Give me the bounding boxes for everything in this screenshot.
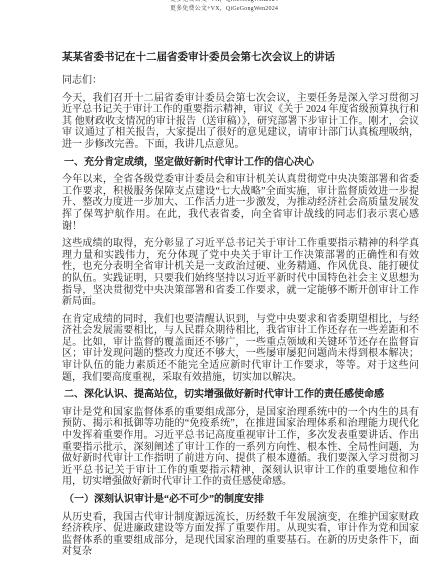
paragraph-achievements: 今年以来，全省各级党委审计委员会和审计机关认真贯彻党中央决策部署和省委工作要求，… xyxy=(62,174,419,232)
document-body: 某某省委书记在十二届省委审计委员会第七次会议上的讲话 同志们： 今天，我们召开十… xyxy=(62,52,419,564)
paragraph-significance: 这些成绩的取得，充分彰显了习近平总书记关于审计工作重要指示精神的科学真理力量和实… xyxy=(62,238,419,308)
section-heading-1: 一、充分肯定成绩，坚定做好新时代审计工作的信心决心 xyxy=(62,157,419,169)
salutation: 同志们： xyxy=(62,75,419,87)
paragraph-shortcomings: 在肯定成绩的同时，我们也要清醒认识到，与党中央要求和省委期望相比，与经济社会发展… xyxy=(62,314,419,384)
document-title: 某某省委书记在十二届省委审计委员会第七次会议上的讲话 xyxy=(62,52,419,64)
watermark-header: 更多免费公文+VX，QiGeGongWen2024 更多免费公文+VX，QiGe… xyxy=(0,0,448,13)
paragraph-history: 从历史看，我国古代审计制度源远流长，历经数千年发展演变，在维护国家财政经济秩序、… xyxy=(62,512,419,558)
paragraph-intro: 今天，我们召开十二届省委审计委员会第七次会议，主要任务是深入学习贯彻习近平总书记… xyxy=(62,93,419,151)
paragraph-audit-role: 审计是党和国家监督体系的重要组成部分，是国家治理系统中的一个内生的具有预防、揭示… xyxy=(62,407,419,488)
document-page: 更多免费公文+VX，QiGeGongWen2024 更多免费公文+VX，QiGe… xyxy=(0,0,448,580)
subsection-heading-1: （一）深刻认识审计是“必不可少”的制度安排 xyxy=(62,494,419,506)
section-heading-2: 二、深化认识、提高站位，切实增强做好新时代审计工作的责任感使命感 xyxy=(62,389,419,401)
watermark-line-2: 更多免费公文+VX，QiGeGongWen2024 xyxy=(0,5,448,14)
